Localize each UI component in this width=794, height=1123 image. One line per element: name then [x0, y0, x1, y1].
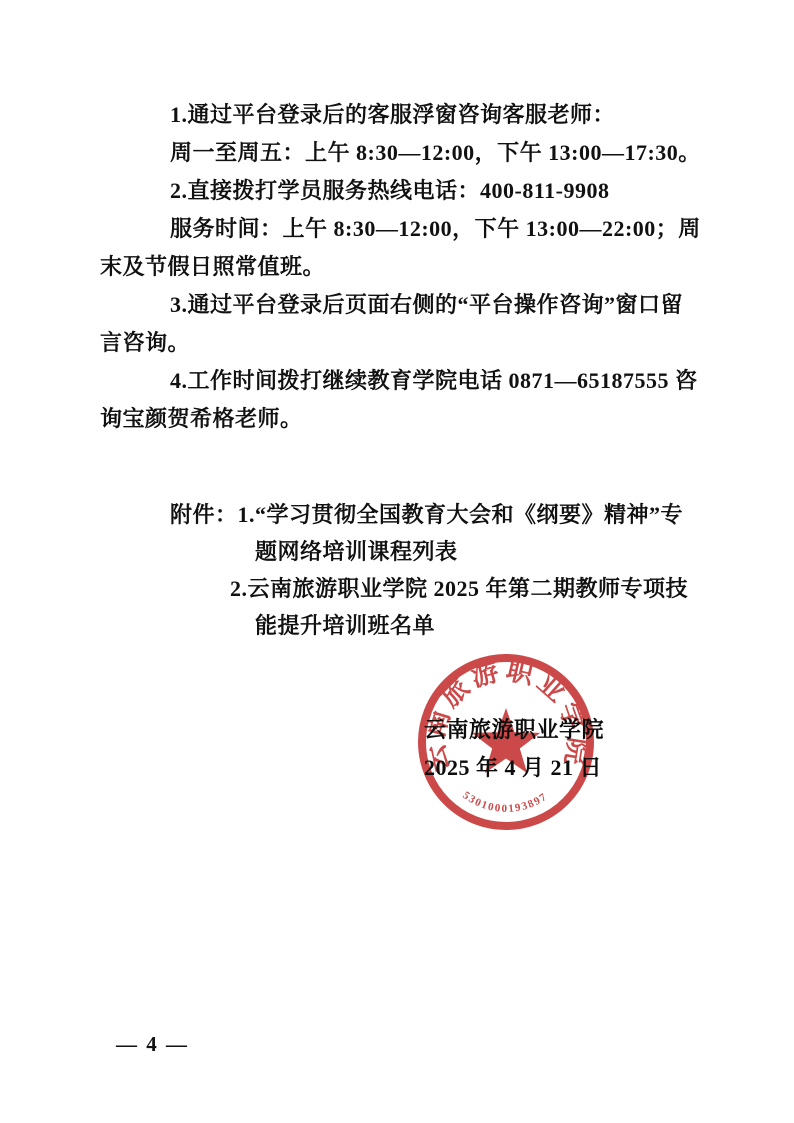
body-line: 询宝颜贺希格老师。 [100, 400, 720, 438]
body-line: 言咨询。 [100, 324, 720, 362]
body-line: 4.工作时间拨打继续教育学院电话 0871—65187555 咨 [100, 362, 720, 400]
body-line: 1.通过平台登录后的客服浮窗咨询客服老师： [100, 96, 720, 134]
body-line: 2.直接拨打学员服务热线电话：400-811-9908 [100, 172, 720, 210]
signature-org: 云南旅游职业学院 [424, 711, 604, 749]
page-number: — 4 — [116, 1032, 189, 1057]
signature-date: 2025 年 4 月 21 日 [424, 749, 604, 787]
signature-block: 云南旅游职业学院 2025 年 4 月 21 日 [424, 711, 604, 787]
document-page: 1.通过平台登录后的客服浮窗咨询客服老师：周一至周五：上午 8:30—12:00… [0, 0, 794, 1123]
body-line: 服务时间：上午 8:30—12:00，下午 13:00—22:00；周 [100, 210, 720, 248]
body-line: 末及节假日照常值班。 [100, 248, 720, 286]
body-line: 周一至周五：上午 8:30—12:00，下午 13:00—17:30。 [100, 134, 720, 172]
attachment-line: 能提升培训班名单 [100, 607, 720, 644]
seal-code: 5301000193897 [460, 789, 550, 815]
body-text: 1.通过平台登录后的客服浮窗咨询客服老师：周一至周五：上午 8:30—12:00… [100, 96, 720, 438]
attachment-line: 题网络培训课程列表 [100, 533, 720, 570]
attachment-block: 附件：1.“学习贯彻全国教育大会和《纲要》精神”专题网络培训课程列表2.云南旅游… [100, 496, 720, 644]
body-line: 3.通过平台登录后页面右侧的“平台操作咨询”窗口留 [100, 286, 720, 324]
attachment-line: 2.云南旅游职业学院 2025 年第二期教师专项技 [100, 570, 720, 607]
attachment-line: 附件：1.“学习贯彻全国教育大会和《纲要》精神”专 [100, 496, 720, 533]
